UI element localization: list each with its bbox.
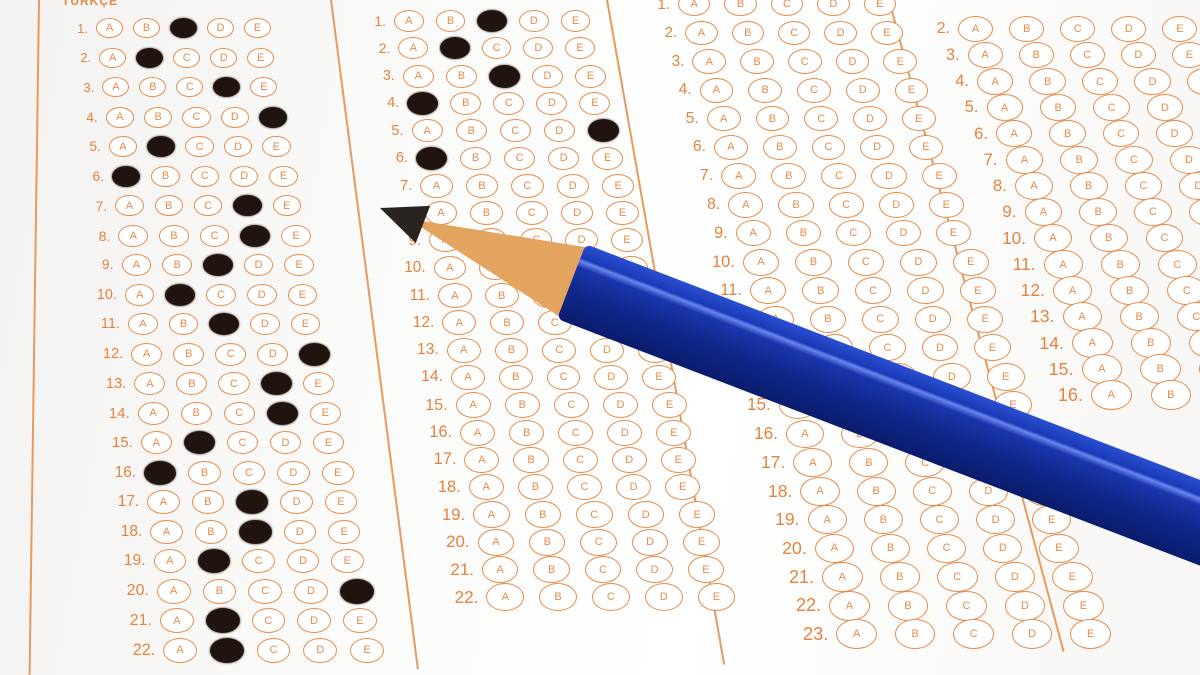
answer-bubble-c[interactable]: C: [937, 562, 978, 592]
answer-bubble-d[interactable]: D: [922, 334, 958, 361]
answer-bubble-c[interactable]: C: [511, 174, 543, 198]
answer-bubble-a[interactable]: A: [134, 372, 165, 395]
answer-bubble-b[interactable]: B: [763, 135, 797, 160]
answer-bubble-c[interactable]: C: [821, 163, 856, 189]
answer-bubble-c[interactable]: C: [215, 343, 246, 366]
answer-bubble-b[interactable]: B: [509, 420, 544, 446]
answer-bubble-a[interactable]: A: [685, 21, 717, 45]
answer-bubble-b[interactable]: B: [136, 48, 163, 68]
answer-bubble-e[interactable]: E: [288, 284, 318, 306]
answer-bubble-c[interactable]: C: [1070, 42, 1105, 68]
answer-bubble-b[interactable]: B: [533, 556, 569, 583]
answer-bubble-c[interactable]: C: [224, 402, 255, 425]
answer-bubble-b[interactable]: B: [206, 608, 240, 633]
answer-bubble-c[interactable]: C: [585, 556, 621, 583]
answer-bubble-b[interactable]: B: [1079, 198, 1117, 226]
answer-bubble-d[interactable]: D: [287, 549, 319, 573]
answer-bubble-c[interactable]: C: [200, 225, 230, 247]
answer-bubble-c[interactable]: C: [1177, 302, 1200, 331]
answer-bubble-a[interactable]: A: [102, 77, 129, 97]
answer-bubble-d[interactable]: D: [907, 277, 943, 304]
answer-bubble-d[interactable]: D: [244, 254, 274, 276]
answer-bubble-e[interactable]: E: [343, 608, 377, 633]
answer-bubble-d[interactable]: D: [836, 49, 870, 74]
answer-bubble-c[interactable]: C: [862, 306, 898, 333]
answer-bubble-c[interactable]: C: [504, 147, 535, 170]
answer-bubble-a[interactable]: A: [473, 501, 509, 528]
answer-bubble-d[interactable]: D: [519, 10, 549, 32]
answer-bubble-e[interactable]: E: [1172, 42, 1200, 68]
answer-bubble-d[interactable]: D: [221, 107, 249, 128]
answer-bubble-d[interactable]: D: [983, 534, 1022, 563]
answer-bubble-e[interactable]: E: [310, 402, 341, 425]
answer-bubble-b[interactable]: B: [144, 107, 172, 128]
answer-bubble-a[interactable]: A: [147, 490, 179, 514]
answer-bubble-b[interactable]: B: [198, 549, 230, 573]
answer-bubble-a[interactable]: A: [977, 68, 1013, 95]
answer-bubble-b[interactable]: B: [857, 477, 896, 506]
answer-bubble-e[interactable]: E: [936, 220, 971, 246]
answer-bubble-b[interactable]: B: [1120, 302, 1159, 331]
answer-bubble-d[interactable]: D: [607, 420, 642, 446]
answer-bubble-d[interactable]: D: [532, 65, 563, 88]
answer-bubble-e[interactable]: E: [967, 306, 1003, 333]
answer-bubble-b[interactable]: B: [151, 166, 179, 187]
answer-bubble-b[interactable]: B: [181, 402, 212, 425]
answer-bubble-c[interactable]: C: [218, 372, 249, 395]
answer-bubble-b[interactable]: B: [518, 474, 553, 500]
answer-bubble-c[interactable]: C: [176, 77, 203, 97]
answer-bubble-b[interactable]: B: [1029, 68, 1065, 95]
answer-bubble-b[interactable]: B: [173, 343, 204, 366]
answer-bubble-d[interactable]: D: [871, 163, 906, 189]
answer-bubble-e[interactable]: E: [611, 228, 643, 252]
answer-bubble-c[interactable]: C: [236, 490, 268, 514]
answer-bubble-d[interactable]: D: [213, 77, 240, 97]
answer-bubble-a[interactable]: A: [144, 461, 176, 485]
answer-bubble-d[interactable]: D: [536, 92, 567, 115]
answer-bubble-e[interactable]: E: [987, 363, 1025, 391]
answer-bubble-e[interactable]: E: [1039, 534, 1078, 563]
answer-bubble-e[interactable]: E: [579, 92, 610, 115]
answer-bubble-e[interactable]: E: [250, 77, 277, 97]
answer-bubble-e[interactable]: E: [259, 107, 287, 128]
answer-bubble-c[interactable]: C: [567, 474, 602, 500]
answer-bubble-c[interactable]: C: [206, 284, 236, 306]
answer-bubble-b[interactable]: B: [1110, 276, 1149, 305]
answer-bubble-b[interactable]: B: [1019, 42, 1054, 68]
answer-bubble-c[interactable]: C: [1103, 120, 1139, 147]
answer-bubble-c[interactable]: C: [482, 37, 512, 59]
answer-bubble-c[interactable]: C: [257, 638, 291, 663]
answer-bubble-c[interactable]: C: [170, 18, 197, 38]
answer-bubble-b[interactable]: B: [184, 431, 215, 454]
answer-bubble-d[interactable]: D: [645, 583, 683, 611]
answer-bubble-a[interactable]: A: [403, 65, 434, 88]
answer-bubble-e[interactable]: E: [1070, 619, 1111, 649]
answer-bubble-b[interactable]: B: [490, 310, 524, 335]
answer-bubble-b[interactable]: B: [864, 505, 903, 534]
answer-bubble-d[interactable]: D: [636, 556, 672, 583]
answer-bubble-e[interactable]: E: [1052, 562, 1093, 592]
answer-bubble-a[interactable]: A: [800, 477, 839, 506]
answer-bubble-a[interactable]: A: [416, 147, 447, 170]
answer-bubble-b[interactable]: B: [529, 529, 565, 556]
answer-bubble-c[interactable]: C: [848, 249, 884, 276]
answer-bubble-c[interactable]: C: [1158, 250, 1197, 279]
answer-bubble-d[interactable]: D: [1179, 172, 1200, 200]
answer-bubble-c[interactable]: C: [927, 534, 966, 563]
answer-bubble-a[interactable]: A: [115, 195, 143, 216]
answer-bubble-b[interactable]: B: [188, 461, 220, 485]
answer-bubble-d[interactable]: D: [879, 192, 914, 218]
answer-bubble-e[interactable]: E: [331, 549, 363, 573]
answer-bubble-b[interactable]: B: [880, 562, 921, 592]
answer-bubble-c[interactable]: C: [829, 192, 864, 218]
answer-bubble-e[interactable]: E: [1187, 68, 1200, 95]
answer-bubble-a[interactable]: A: [478, 529, 514, 556]
answer-bubble-e[interactable]: E: [322, 461, 354, 485]
answer-bubble-d[interactable]: D: [995, 562, 1036, 592]
answer-bubble-d[interactable]: D: [240, 225, 270, 247]
answer-bubble-d[interactable]: D: [523, 37, 553, 59]
answer-bubble-a[interactable]: A: [728, 192, 763, 218]
answer-bubble-d[interactable]: D: [1111, 16, 1146, 42]
answer-bubble-c[interactable]: C: [592, 583, 630, 611]
answer-bubble-b[interactable]: B: [871, 534, 910, 563]
answer-bubble-d[interactable]: D: [267, 402, 298, 425]
answer-bubble-e[interactable]: E: [281, 225, 311, 247]
answer-bubble-d[interactable]: D: [817, 0, 849, 16]
answer-bubble-e[interactable]: E: [262, 136, 290, 157]
answer-bubble-a[interactable]: A: [451, 365, 485, 390]
answer-bubble-e[interactable]: E: [902, 106, 936, 131]
answer-bubble-c[interactable]: C: [547, 365, 581, 390]
answer-bubble-a[interactable]: A: [456, 392, 491, 418]
answer-bubble-b[interactable]: B: [159, 225, 189, 247]
answer-bubble-e[interactable]: E: [974, 334, 1010, 361]
answer-bubble-c[interactable]: C: [1125, 172, 1163, 200]
answer-bubble-c[interactable]: C: [788, 49, 822, 74]
answer-bubble-b[interactable]: B: [778, 192, 813, 218]
answer-bubble-c[interactable]: C: [252, 608, 286, 633]
answer-bubble-c[interactable]: C: [173, 48, 200, 68]
answer-bubble-d[interactable]: D: [846, 78, 880, 103]
answer-bubble-e[interactable]: E: [350, 638, 384, 663]
answer-bubble-c[interactable]: C: [194, 195, 222, 216]
answer-bubble-b[interactable]: B: [771, 163, 806, 189]
answer-bubble-c[interactable]: C: [576, 501, 612, 528]
answer-bubble-c[interactable]: C: [1060, 16, 1095, 42]
answer-bubble-a[interactable]: A: [122, 254, 152, 276]
answer-bubble-b[interactable]: B: [513, 447, 548, 473]
answer-bubble-b[interactable]: B: [499, 365, 533, 390]
answer-bubble-d[interactable]: D: [632, 529, 668, 556]
answer-bubble-d[interactable]: D: [544, 119, 575, 142]
answer-bubble-c[interactable]: C: [804, 106, 838, 131]
answer-bubble-c[interactable]: C: [946, 591, 987, 621]
answer-bubble-b[interactable]: B: [162, 254, 192, 276]
answer-bubble-c[interactable]: C: [542, 338, 576, 363]
answer-bubble-b[interactable]: B: [1101, 250, 1140, 279]
answer-bubble-a[interactable]: A: [822, 562, 863, 592]
answer-bubble-b[interactable]: B: [732, 21, 764, 45]
answer-bubble-c[interactable]: C: [227, 431, 258, 454]
answer-bubble-a[interactable]: A: [118, 225, 148, 247]
answer-bubble-b[interactable]: B: [460, 147, 491, 170]
answer-bubble-c[interactable]: C: [233, 461, 265, 485]
answer-bubble-c[interactable]: C: [239, 520, 271, 544]
answer-bubble-c[interactable]: C: [185, 136, 213, 157]
answer-bubble-a[interactable]: A: [99, 48, 126, 68]
answer-bubble-b[interactable]: B: [176, 372, 207, 395]
answer-bubble-a[interactable]: A: [750, 277, 786, 304]
answer-bubble-e[interactable]: E: [953, 249, 989, 276]
answer-bubble-e[interactable]: E: [561, 10, 591, 32]
answer-bubble-e[interactable]: E: [864, 0, 896, 16]
answer-bubble-b[interactable]: B: [1009, 16, 1044, 42]
answer-bubble-b[interactable]: B: [139, 77, 166, 97]
answer-bubble-e[interactable]: E: [299, 343, 330, 366]
answer-bubble-c[interactable]: C: [191, 166, 219, 187]
answer-bubble-e[interactable]: E: [895, 78, 929, 103]
answer-bubble-c[interactable]: C: [242, 549, 274, 573]
answer-bubble-b[interactable]: B: [192, 490, 224, 514]
answer-bubble-a[interactable]: A: [96, 18, 123, 38]
answer-bubble-a[interactable]: A: [958, 16, 993, 42]
answer-bubble-a[interactable]: A: [442, 310, 476, 335]
answer-bubble-a[interactable]: A: [808, 505, 847, 534]
answer-bubble-b[interactable]: B: [436, 10, 466, 32]
answer-bubble-d[interactable]: D: [257, 343, 288, 366]
answer-bubble-a[interactable]: A: [987, 94, 1023, 121]
answer-bubble-c[interactable]: C: [771, 0, 803, 16]
answer-bubble-a[interactable]: A: [700, 78, 734, 103]
answer-bubble-a[interactable]: A: [109, 136, 137, 157]
answer-bubble-b[interactable]: B: [456, 119, 487, 142]
answer-bubble-b[interactable]: B: [466, 174, 498, 198]
answer-bubble-c[interactable]: C: [477, 10, 507, 32]
answer-bubble-c[interactable]: C: [1093, 94, 1129, 121]
answer-bubble-d[interactable]: D: [1189, 198, 1200, 226]
answer-bubble-c[interactable]: C: [836, 220, 871, 246]
answer-bubble-c[interactable]: C: [563, 447, 598, 473]
answer-bubble-b[interactable]: B: [1151, 380, 1192, 410]
answer-bubble-a[interactable]: A: [1006, 146, 1044, 174]
answer-bubble-d[interactable]: D: [270, 431, 301, 454]
answer-bubble-d[interactable]: D: [557, 174, 589, 198]
answer-bubble-e[interactable]: E: [688, 556, 724, 583]
answer-bubble-a[interactable]: A: [482, 556, 518, 583]
answer-bubble-a[interactable]: A: [154, 549, 186, 573]
answer-bubble-a[interactable]: A: [1063, 302, 1102, 331]
answer-bubble-e[interactable]: E: [592, 147, 623, 170]
answer-bubble-a[interactable]: A: [394, 10, 424, 32]
answer-bubble-d[interactable]: D: [1170, 146, 1200, 174]
answer-bubble-a[interactable]: A: [996, 120, 1032, 147]
answer-bubble-b[interactable]: B: [1060, 146, 1098, 174]
answer-bubble-e[interactable]: E: [656, 420, 691, 446]
answer-bubble-a[interactable]: A: [398, 37, 428, 59]
answer-bubble-e[interactable]: E: [1063, 591, 1104, 621]
answer-bubble-b[interactable]: B: [1040, 94, 1076, 121]
answer-bubble-a[interactable]: A: [157, 579, 191, 604]
answer-bubble-a[interactable]: A: [968, 42, 1003, 68]
answer-bubble-b[interactable]: B: [505, 392, 540, 418]
answer-bubble-b[interactable]: B: [525, 501, 561, 528]
answer-bubble-a[interactable]: A: [707, 106, 741, 131]
answer-bubble-c[interactable]: C: [778, 21, 810, 45]
answer-bubble-c[interactable]: C: [1146, 224, 1184, 252]
answer-bubble-e[interactable]: E: [922, 163, 957, 189]
answer-bubble-d[interactable]: D: [1012, 619, 1053, 649]
answer-bubble-c[interactable]: C: [1134, 198, 1172, 226]
answer-bubble-d[interactable]: D: [824, 21, 856, 45]
answer-bubble-b[interactable]: B: [740, 49, 774, 74]
answer-bubble-a[interactable]: A: [1091, 380, 1132, 410]
answer-bubble-c[interactable]: C: [203, 254, 233, 276]
answer-bubble-a[interactable]: A: [469, 474, 504, 500]
answer-bubble-e[interactable]: E: [565, 37, 595, 59]
answer-bubble-a[interactable]: A: [412, 119, 443, 142]
answer-bubble-d[interactable]: D: [224, 136, 252, 157]
answer-bubble-b[interactable]: B: [440, 37, 470, 59]
answer-bubble-b[interactable]: B: [802, 277, 838, 304]
answer-bubble-b[interactable]: B: [450, 92, 481, 115]
answer-bubble-d[interactable]: D: [303, 638, 337, 663]
answer-bubble-e[interactable]: E: [284, 254, 314, 276]
answer-bubble-a[interactable]: A: [106, 107, 134, 128]
answer-bubble-b[interactable]: B: [133, 18, 160, 38]
answer-bubble-d[interactable]: D: [561, 201, 593, 225]
answer-bubble-d[interactable]: D: [1147, 94, 1183, 121]
answer-bubble-e[interactable]: E: [661, 447, 696, 473]
answer-bubble-e[interactable]: E: [313, 431, 344, 454]
answer-bubble-c[interactable]: C: [580, 529, 616, 556]
answer-bubble-e[interactable]: E: [340, 579, 374, 604]
answer-bubble-d[interactable]: D: [1156, 120, 1192, 147]
answer-bubble-c[interactable]: C: [554, 392, 589, 418]
answer-bubble-a[interactable]: A: [692, 49, 726, 74]
answer-bubble-a[interactable]: A: [736, 220, 771, 246]
answer-bubble-c[interactable]: C: [812, 135, 846, 160]
answer-bubble-d[interactable]: D: [976, 505, 1015, 534]
answer-bubble-b[interactable]: B: [203, 579, 237, 604]
answer-bubble-e[interactable]: E: [683, 529, 719, 556]
answer-bubble-d[interactable]: D: [915, 306, 951, 333]
answer-bubble-a[interactable]: A: [836, 619, 877, 649]
answer-bubble-d[interactable]: D: [294, 579, 328, 604]
answer-bubble-b[interactable]: B: [786, 220, 821, 246]
answer-bubble-c[interactable]: C: [489, 65, 520, 88]
answer-bubble-a[interactable]: A: [1053, 276, 1092, 305]
answer-bubble-a[interactable]: A: [160, 608, 194, 633]
answer-bubble-b[interactable]: B: [539, 583, 577, 611]
answer-bubble-d[interactable]: D: [1121, 42, 1156, 68]
answer-bubble-a[interactable]: A: [447, 338, 481, 363]
answer-bubble-e[interactable]: E: [929, 192, 964, 218]
answer-bubble-e[interactable]: E: [247, 48, 274, 68]
answer-bubble-a[interactable]: A: [486, 583, 524, 611]
answer-bubble-a[interactable]: A: [163, 638, 197, 663]
answer-bubble-d[interactable]: D: [284, 520, 316, 544]
answer-bubble-a[interactable]: A: [138, 402, 169, 425]
answer-bubble-d[interactable]: D: [628, 501, 664, 528]
answer-bubble-a[interactable]: A: [460, 420, 495, 446]
answer-bubble-d[interactable]: D: [277, 461, 309, 485]
answer-bubble-e[interactable]: E: [909, 135, 943, 160]
answer-bubble-d[interactable]: D: [230, 166, 258, 187]
answer-bubble-b[interactable]: B: [810, 306, 846, 333]
answer-bubble-a[interactable]: A: [131, 343, 162, 366]
answer-bubble-e[interactable]: E: [679, 501, 715, 528]
answer-bubble-e[interactable]: E: [665, 474, 700, 500]
answer-bubble-b[interactable]: B: [748, 78, 782, 103]
answer-bubble-c[interactable]: C: [209, 313, 239, 335]
answer-bubble-a[interactable]: A: [743, 249, 779, 276]
answer-bubble-c[interactable]: C: [1167, 276, 1200, 305]
answer-bubble-a[interactable]: A: [407, 92, 438, 115]
answer-bubble-d[interactable]: D: [1005, 591, 1046, 621]
answer-bubble-a[interactable]: A: [112, 166, 140, 187]
answer-bubble-d[interactable]: D: [900, 249, 936, 276]
answer-bubble-e[interactable]: E: [588, 119, 619, 142]
answer-bubble-b[interactable]: B: [446, 65, 477, 88]
answer-bubble-e[interactable]: E: [606, 201, 638, 225]
answer-bubble-e[interactable]: E: [328, 520, 360, 544]
answer-bubble-b[interactable]: B: [888, 591, 929, 621]
answer-bubble-a[interactable]: A: [128, 313, 158, 335]
answer-bubble-b[interactable]: B: [724, 0, 756, 16]
answer-bubble-c[interactable]: C: [953, 619, 994, 649]
answer-bubble-c[interactable]: C: [493, 92, 524, 115]
answer-bubble-e[interactable]: E: [303, 372, 334, 395]
answer-bubble-c[interactable]: C: [913, 477, 952, 506]
answer-bubble-b[interactable]: B: [495, 338, 529, 363]
answer-bubble-d[interactable]: D: [261, 372, 292, 395]
answer-bubble-b[interactable]: B: [849, 448, 888, 477]
answer-bubble-c[interactable]: C: [500, 119, 531, 142]
answer-bubble-c[interactable]: C: [248, 579, 282, 604]
answer-bubble-a[interactable]: A: [1025, 198, 1063, 226]
answer-bubble-c[interactable]: C: [1082, 68, 1118, 95]
answer-bubble-b[interactable]: B: [1090, 224, 1128, 252]
answer-bubble-a[interactable]: A: [678, 0, 710, 16]
answer-bubble-d[interactable]: D: [233, 195, 261, 216]
answer-bubble-a[interactable]: A: [1034, 224, 1072, 252]
answer-bubble-d[interactable]: D: [886, 220, 921, 246]
answer-bubble-e[interactable]: E: [244, 18, 271, 38]
answer-bubble-c[interactable]: C: [920, 505, 959, 534]
answer-bubble-e[interactable]: E: [652, 392, 687, 418]
answer-bubble-a[interactable]: A: [464, 447, 499, 473]
answer-bubble-e[interactable]: E: [325, 490, 357, 514]
answer-bubble-c[interactable]: C: [182, 107, 210, 128]
answer-bubble-a[interactable]: A: [1015, 172, 1053, 200]
answer-bubble-a[interactable]: A: [793, 448, 832, 477]
answer-bubble-b[interactable]: B: [1070, 172, 1108, 200]
answer-bubble-e[interactable]: E: [273, 195, 301, 216]
answer-bubble-e[interactable]: E: [960, 277, 996, 304]
answer-bubble-d[interactable]: D: [594, 365, 628, 390]
answer-bubble-b[interactable]: B: [210, 638, 244, 663]
answer-bubble-a[interactable]: A: [438, 283, 472, 308]
answer-bubble-c[interactable]: C: [1115, 146, 1153, 174]
answer-bubble-b[interactable]: B: [165, 284, 195, 306]
answer-bubble-d[interactable]: D: [280, 490, 312, 514]
answer-bubble-b[interactable]: B: [795, 249, 831, 276]
answer-bubble-c[interactable]: C: [855, 277, 891, 304]
